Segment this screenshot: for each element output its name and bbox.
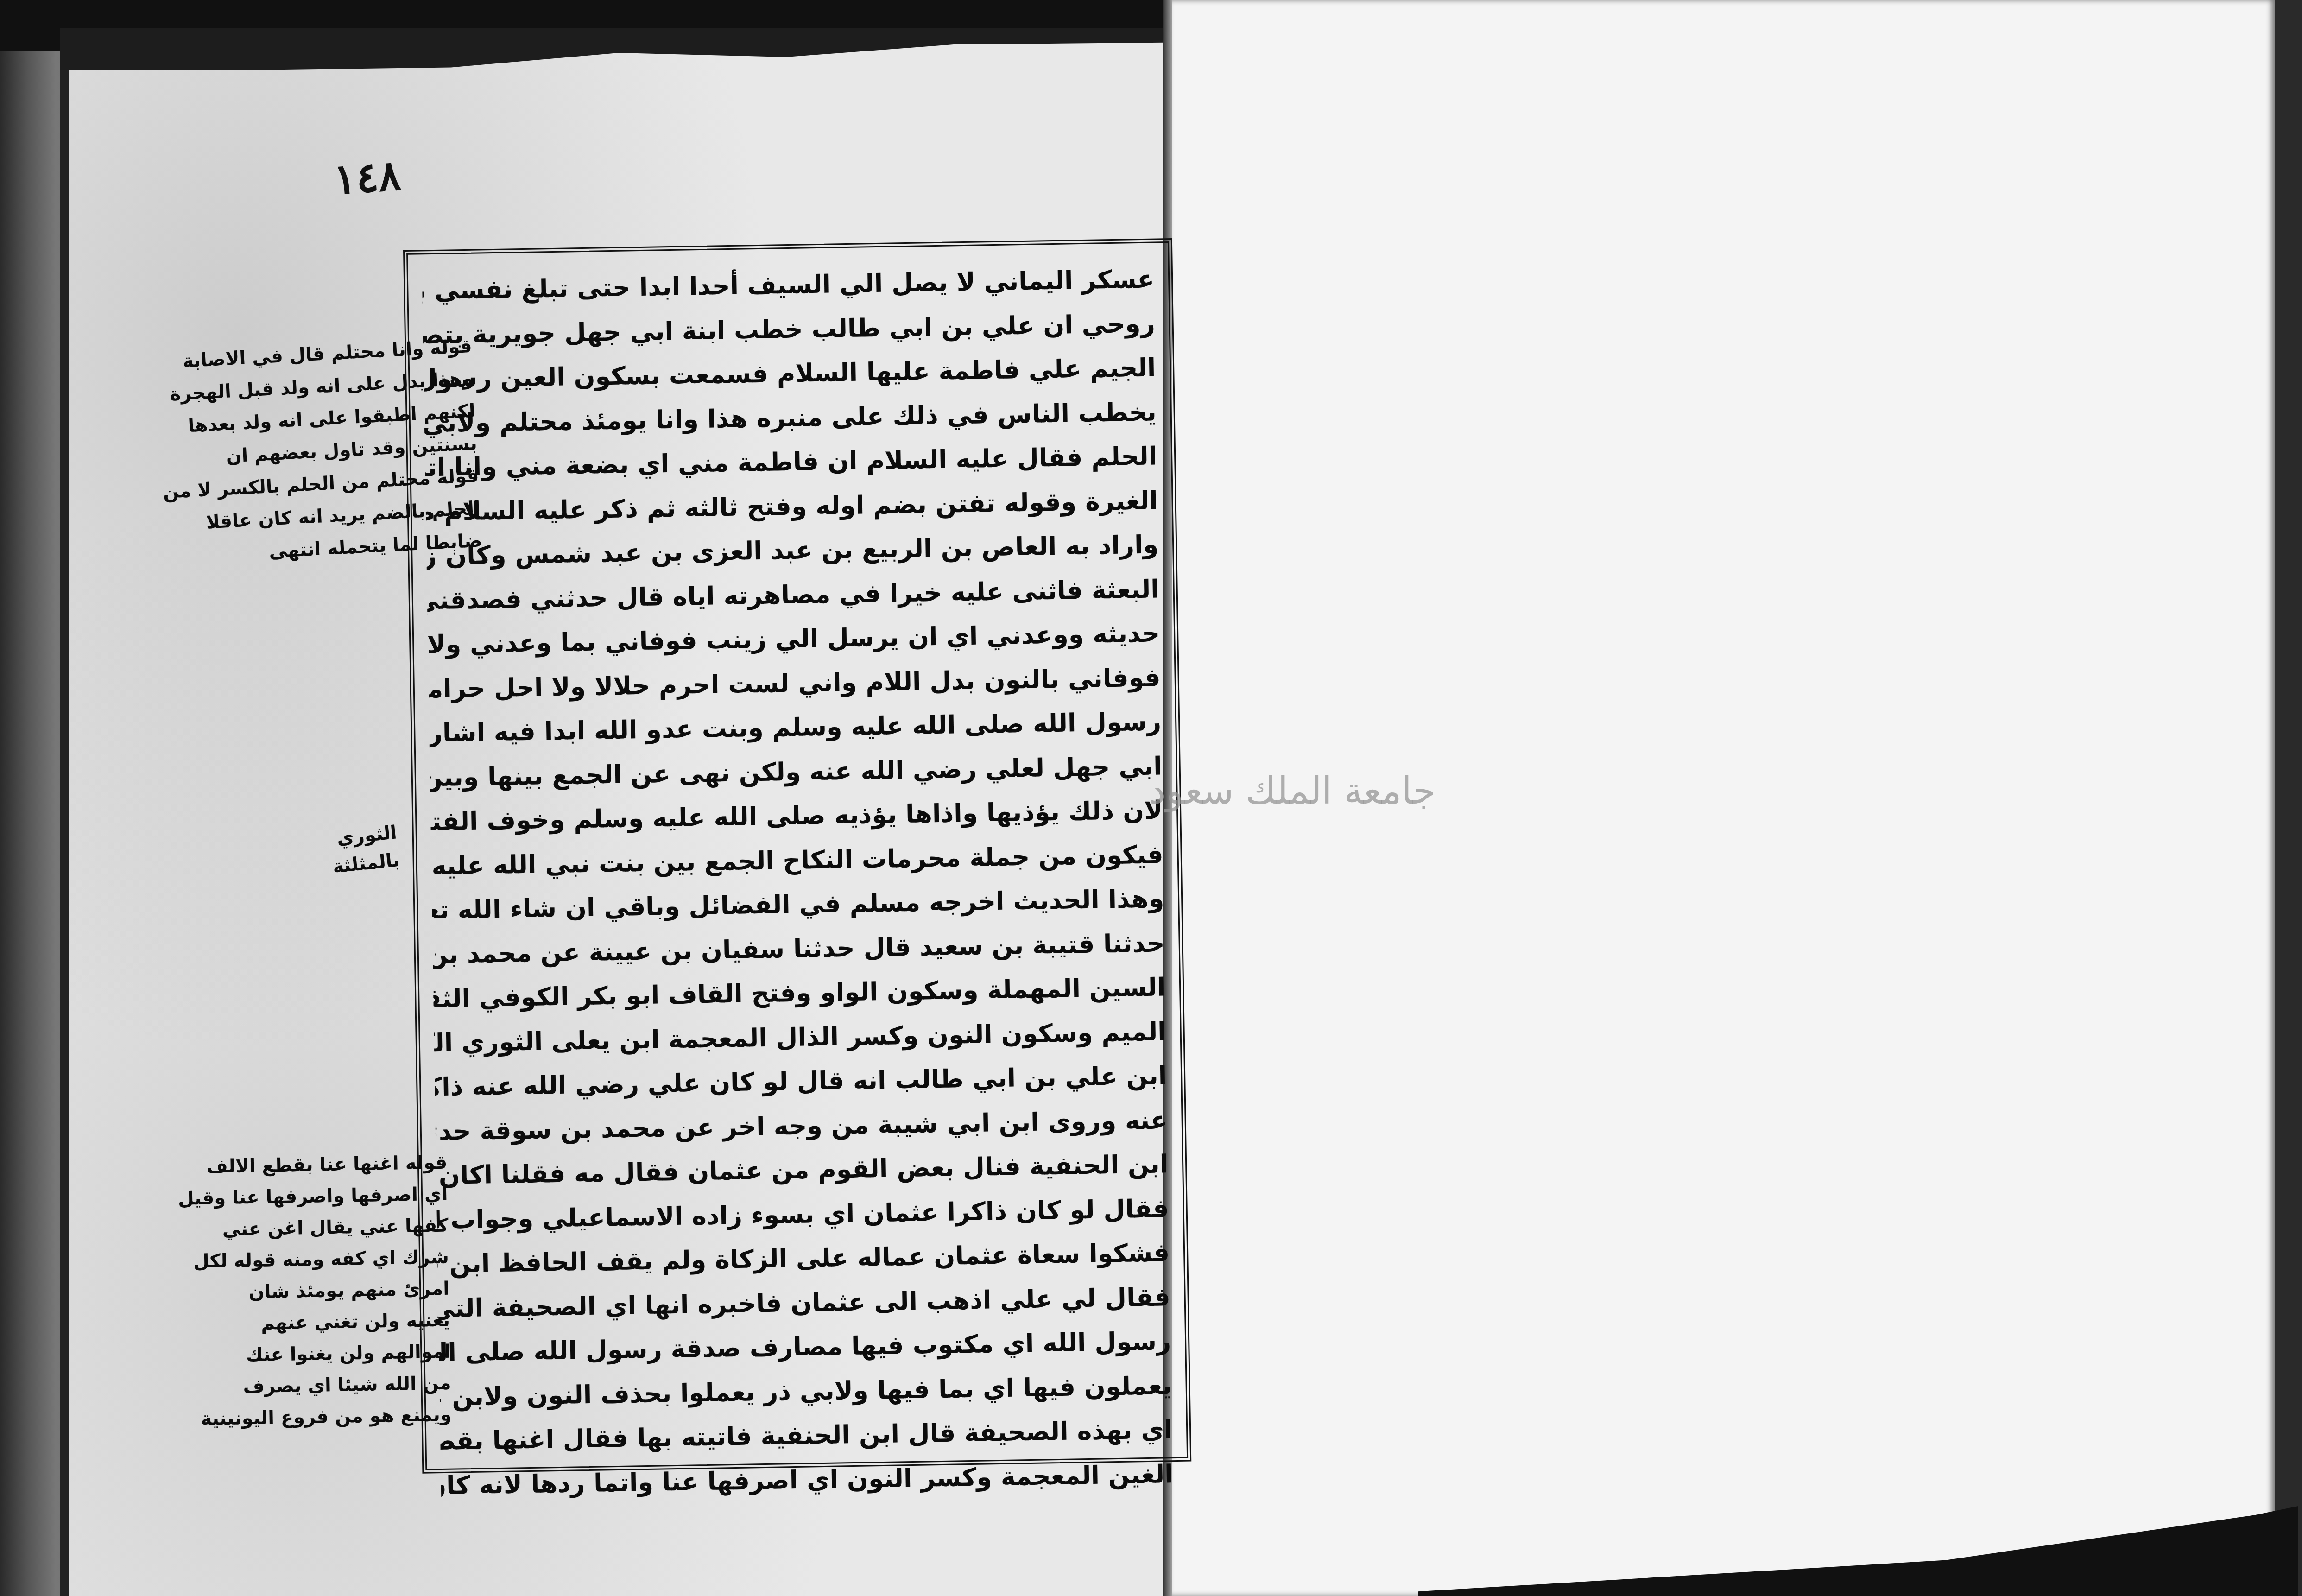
page-number: ١٤٨ xyxy=(332,151,402,204)
library-watermark: جامعة الملك سعود xyxy=(1149,769,1436,812)
main-text-block: عسكر اليماني لا يصل الي السيف أحدا ابدا … xyxy=(403,238,1191,1474)
note-line: قوله اغنها عنا بقطع الالف xyxy=(164,1147,448,1184)
note-line: اموالهم ولن يغنوا عنك xyxy=(168,1336,451,1373)
note-line: من الله شيئا اي يصرف xyxy=(168,1368,451,1404)
note-line: يغنيه ولن تغني عنهم xyxy=(167,1305,450,1341)
note-line: كفها عني يقال اغن عني xyxy=(165,1210,449,1247)
note-line: اي اصرفها واصرفها عنا وقيل xyxy=(165,1178,448,1215)
note-line: امرئ منهم يومئذ شان xyxy=(166,1273,449,1310)
note-line: ويمنع هو من فروع اليونينية xyxy=(169,1399,452,1436)
note-line: شرك اي كفه ومنه قوله لكل xyxy=(166,1241,449,1278)
marginal-note-lower: قوله اغنها عنا بقطع الالف اي اصرفها واصر… xyxy=(164,1147,452,1436)
marginal-note-upper: قوله وانا محتلم قال في الاصابة وهذا يدل … xyxy=(147,330,483,574)
